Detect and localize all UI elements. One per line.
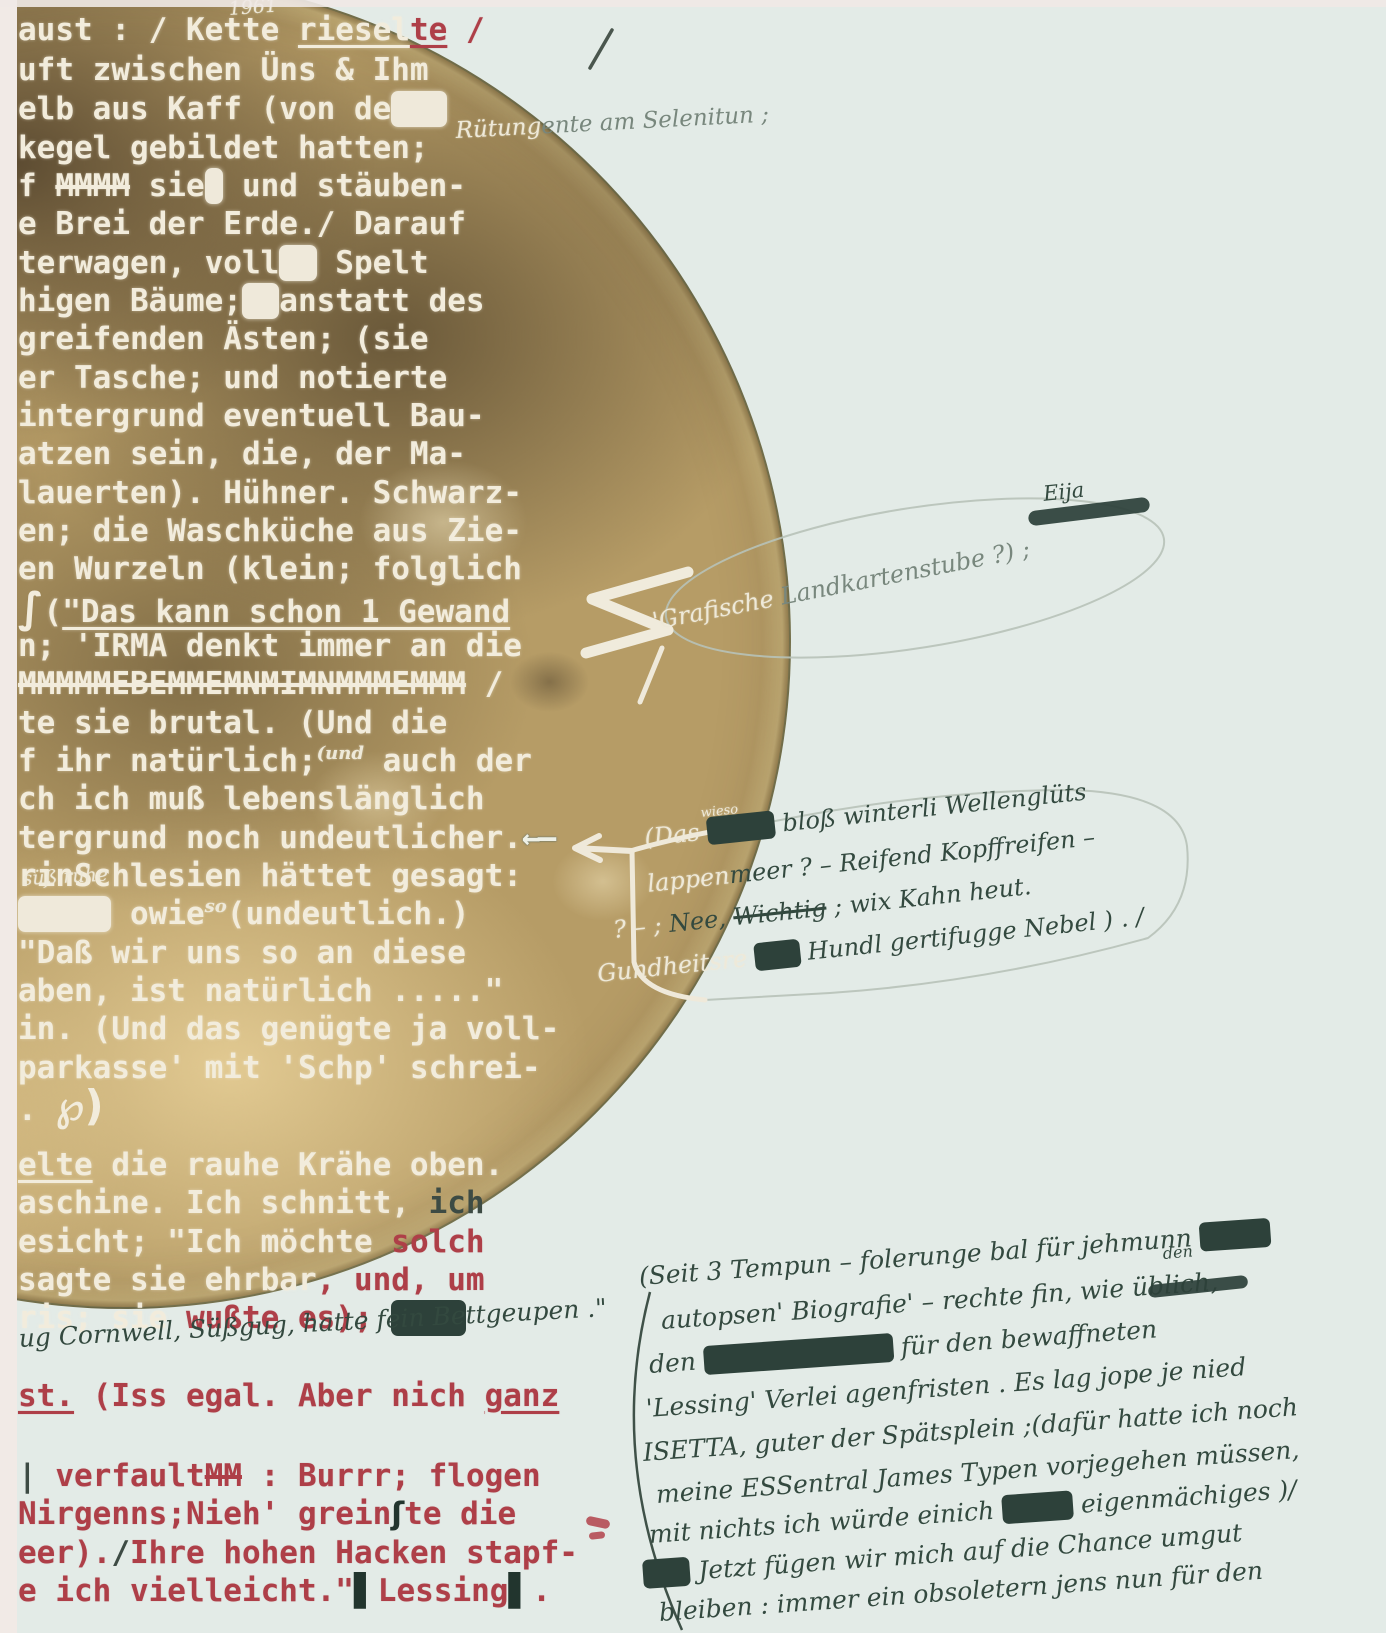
left-margin-strip	[0, 0, 17, 1633]
grafische-note: 'Grafische Landkartenstube ?) ;	[650, 535, 1032, 636]
top-margin-strip	[0, 0, 1386, 7]
cornwell-note: ug Cornwell, Süßgug, hatte fein Bettgeup…	[18, 1293, 607, 1353]
eija-note: Eija	[1042, 478, 1085, 506]
strike-overwrite-note: süß ruhe	[22, 864, 109, 890]
manuscript-page: aust : / Kette rieselte /uft zwischen Ün…	[0, 0, 1386, 1633]
selenites-note: Rütungente am Selenitun ;	[455, 102, 770, 144]
handwriting-layer: 1961Rütungente am Selenitun ;Eija'Grafis…	[0, 0, 1386, 1633]
